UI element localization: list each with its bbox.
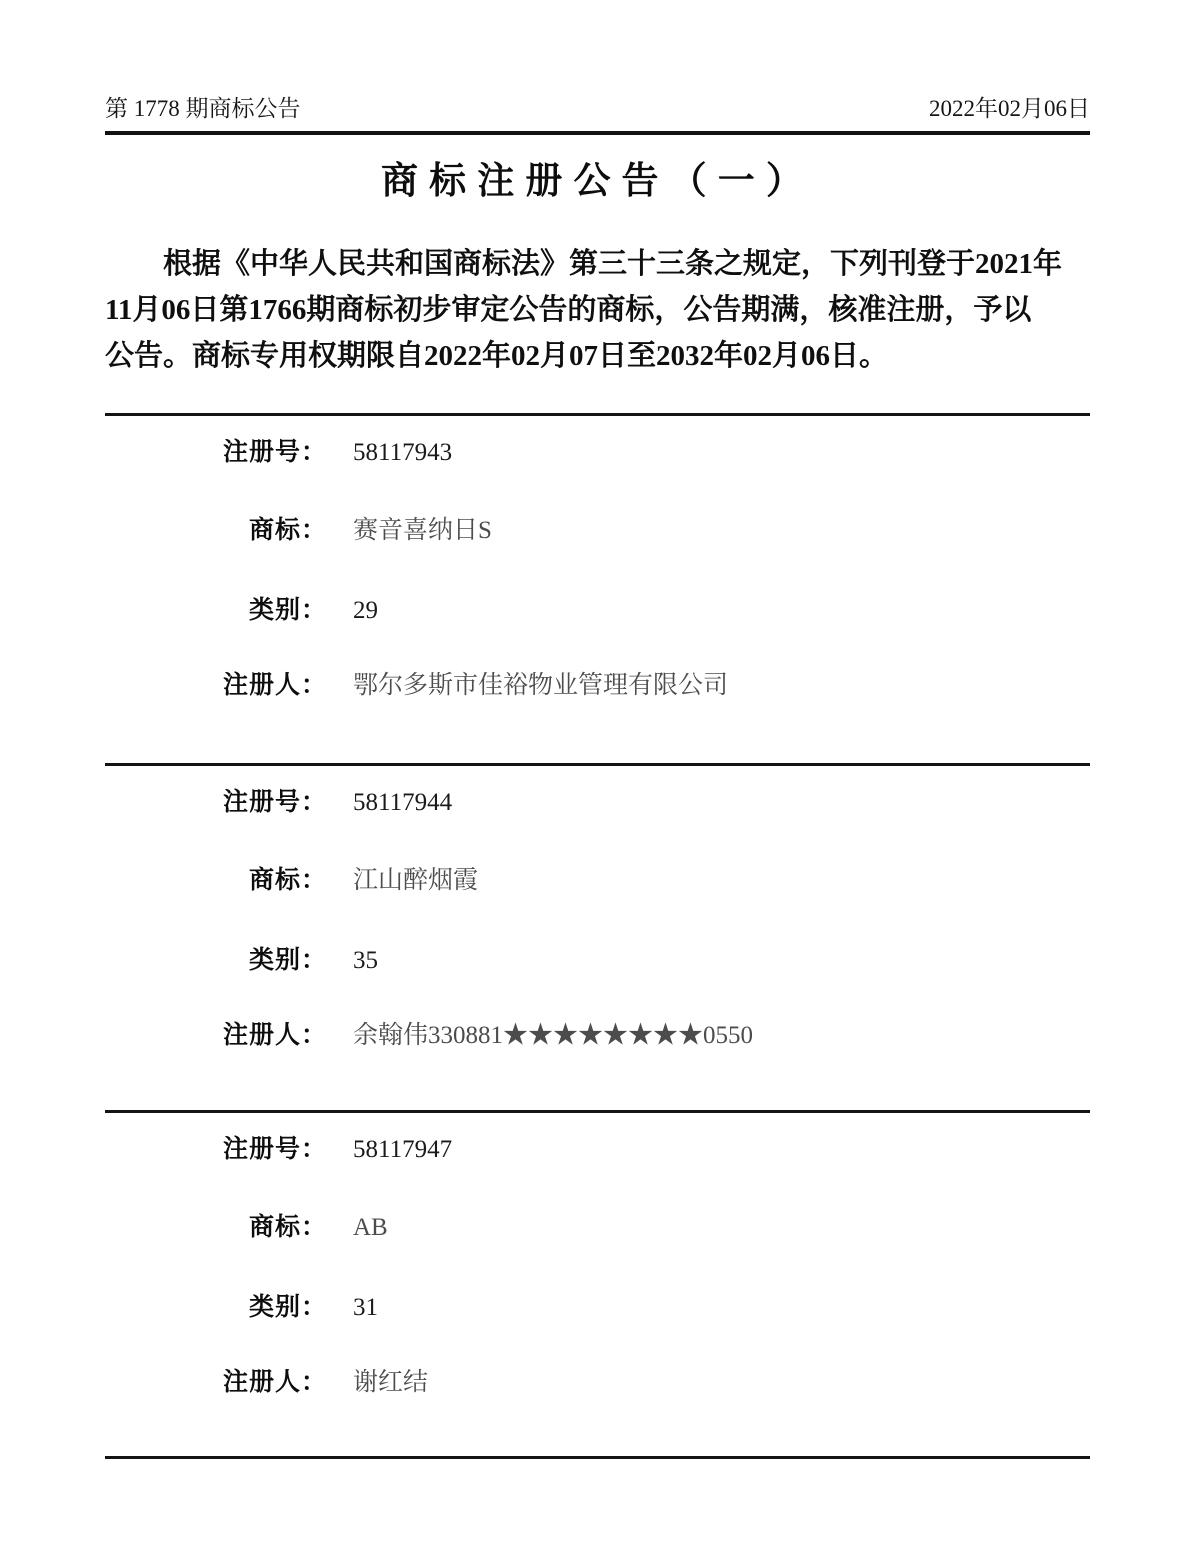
category-row: 类别： 31 bbox=[105, 1293, 1090, 1323]
trademark-row: 商标： AB bbox=[105, 1213, 1090, 1243]
registrant-row: 注册人： 谢红结 bbox=[105, 1368, 1090, 1398]
registrant-label: 注册人： bbox=[105, 1368, 327, 1398]
registrant-value: 鄂尔多斯市佳裕物业管理有限公司 bbox=[353, 671, 728, 701]
category-label: 类别： bbox=[105, 946, 327, 976]
reg-no-row: 注册号： 58117947 bbox=[105, 1135, 1090, 1165]
trademark-value: 江山醉烟霞 bbox=[353, 866, 478, 896]
gazette-issue-label: 第 1778 期商标公告 bbox=[105, 90, 301, 123]
reg-no-value: 58117947 bbox=[353, 1135, 452, 1165]
category-value: 35 bbox=[353, 946, 378, 976]
category-value: 31 bbox=[353, 1293, 378, 1323]
gazette-page: 第 1778 期商标公告 2022年02月06日 商标注册公告（一） 根据《中华… bbox=[0, 0, 1190, 1564]
reg-no-value: 58117943 bbox=[353, 438, 452, 468]
record-list: 注册号： 58117943 商标： 赛音喜纳日S 类别： 29 注册人： 鄂尔多… bbox=[105, 413, 1090, 1459]
category-label: 类别： bbox=[105, 1293, 327, 1323]
reg-no-label: 注册号： bbox=[105, 1135, 327, 1165]
category-row: 类别： 29 bbox=[105, 596, 1090, 626]
category-row: 类别： 35 bbox=[105, 946, 1090, 976]
reg-no-row: 注册号： 58117943 bbox=[105, 438, 1090, 468]
intro-line: 根据《中华人民共和国商标法》第三十三条之规定，下列刊登于2021年 bbox=[105, 241, 1095, 287]
intro-line: 公告。商标专用权期限自2022年02月07日至2032年02月06日。 bbox=[105, 333, 1095, 379]
registrant-value: 谢红结 bbox=[353, 1368, 428, 1398]
registrant-label: 注册人： bbox=[105, 671, 327, 701]
registrant-row: 注册人： 余翰伟330881★★★★★★★★0550 bbox=[105, 1021, 1090, 1051]
trademark-row: 商标： 赛音喜纳日S bbox=[105, 516, 1090, 546]
page-title: 商标注册公告（一） bbox=[105, 150, 1090, 204]
intro-line: 11月06日第1766期商标初步审定公告的商标，公告期满，核准注册，予以 bbox=[105, 287, 1095, 333]
trademark-label: 商标： bbox=[105, 516, 327, 546]
reg-no-label: 注册号： bbox=[105, 438, 327, 468]
intro-paragraph: 根据《中华人民共和国商标法》第三十三条之规定，下列刊登于2021年 11月06日… bbox=[105, 241, 1095, 379]
category-label: 类别： bbox=[105, 596, 327, 626]
trademark-value: AB bbox=[353, 1213, 388, 1243]
trademark-record: 注册号： 58117944 商标： 江山醉烟霞 类别： 35 注册人： 余翰伟3… bbox=[105, 763, 1090, 1110]
gazette-date-label: 2022年02月06日 bbox=[929, 90, 1090, 123]
registrant-row: 注册人： 鄂尔多斯市佳裕物业管理有限公司 bbox=[105, 671, 1090, 701]
reg-no-value: 58117944 bbox=[353, 788, 452, 818]
trademark-label: 商标： bbox=[105, 1213, 327, 1243]
trademark-label: 商标： bbox=[105, 866, 327, 896]
header-divider bbox=[105, 131, 1090, 135]
category-value: 29 bbox=[353, 596, 378, 626]
trademark-value: 赛音喜纳日S bbox=[353, 516, 492, 546]
trademark-record: 注册号： 58117947 商标： AB 类别： 31 注册人： 谢红结 bbox=[105, 1110, 1090, 1456]
registrant-label: 注册人： bbox=[105, 1021, 327, 1051]
reg-no-row: 注册号： 58117944 bbox=[105, 788, 1090, 818]
trademark-row: 商标： 江山醉烟霞 bbox=[105, 866, 1090, 896]
page-header: 第 1778 期商标公告 2022年02月06日 bbox=[105, 90, 1090, 123]
registrant-value: 余翰伟330881★★★★★★★★0550 bbox=[353, 1021, 753, 1051]
trademark-record: 注册号： 58117943 商标： 赛音喜纳日S 类别： 29 注册人： 鄂尔多… bbox=[105, 413, 1090, 763]
reg-no-label: 注册号： bbox=[105, 788, 327, 818]
